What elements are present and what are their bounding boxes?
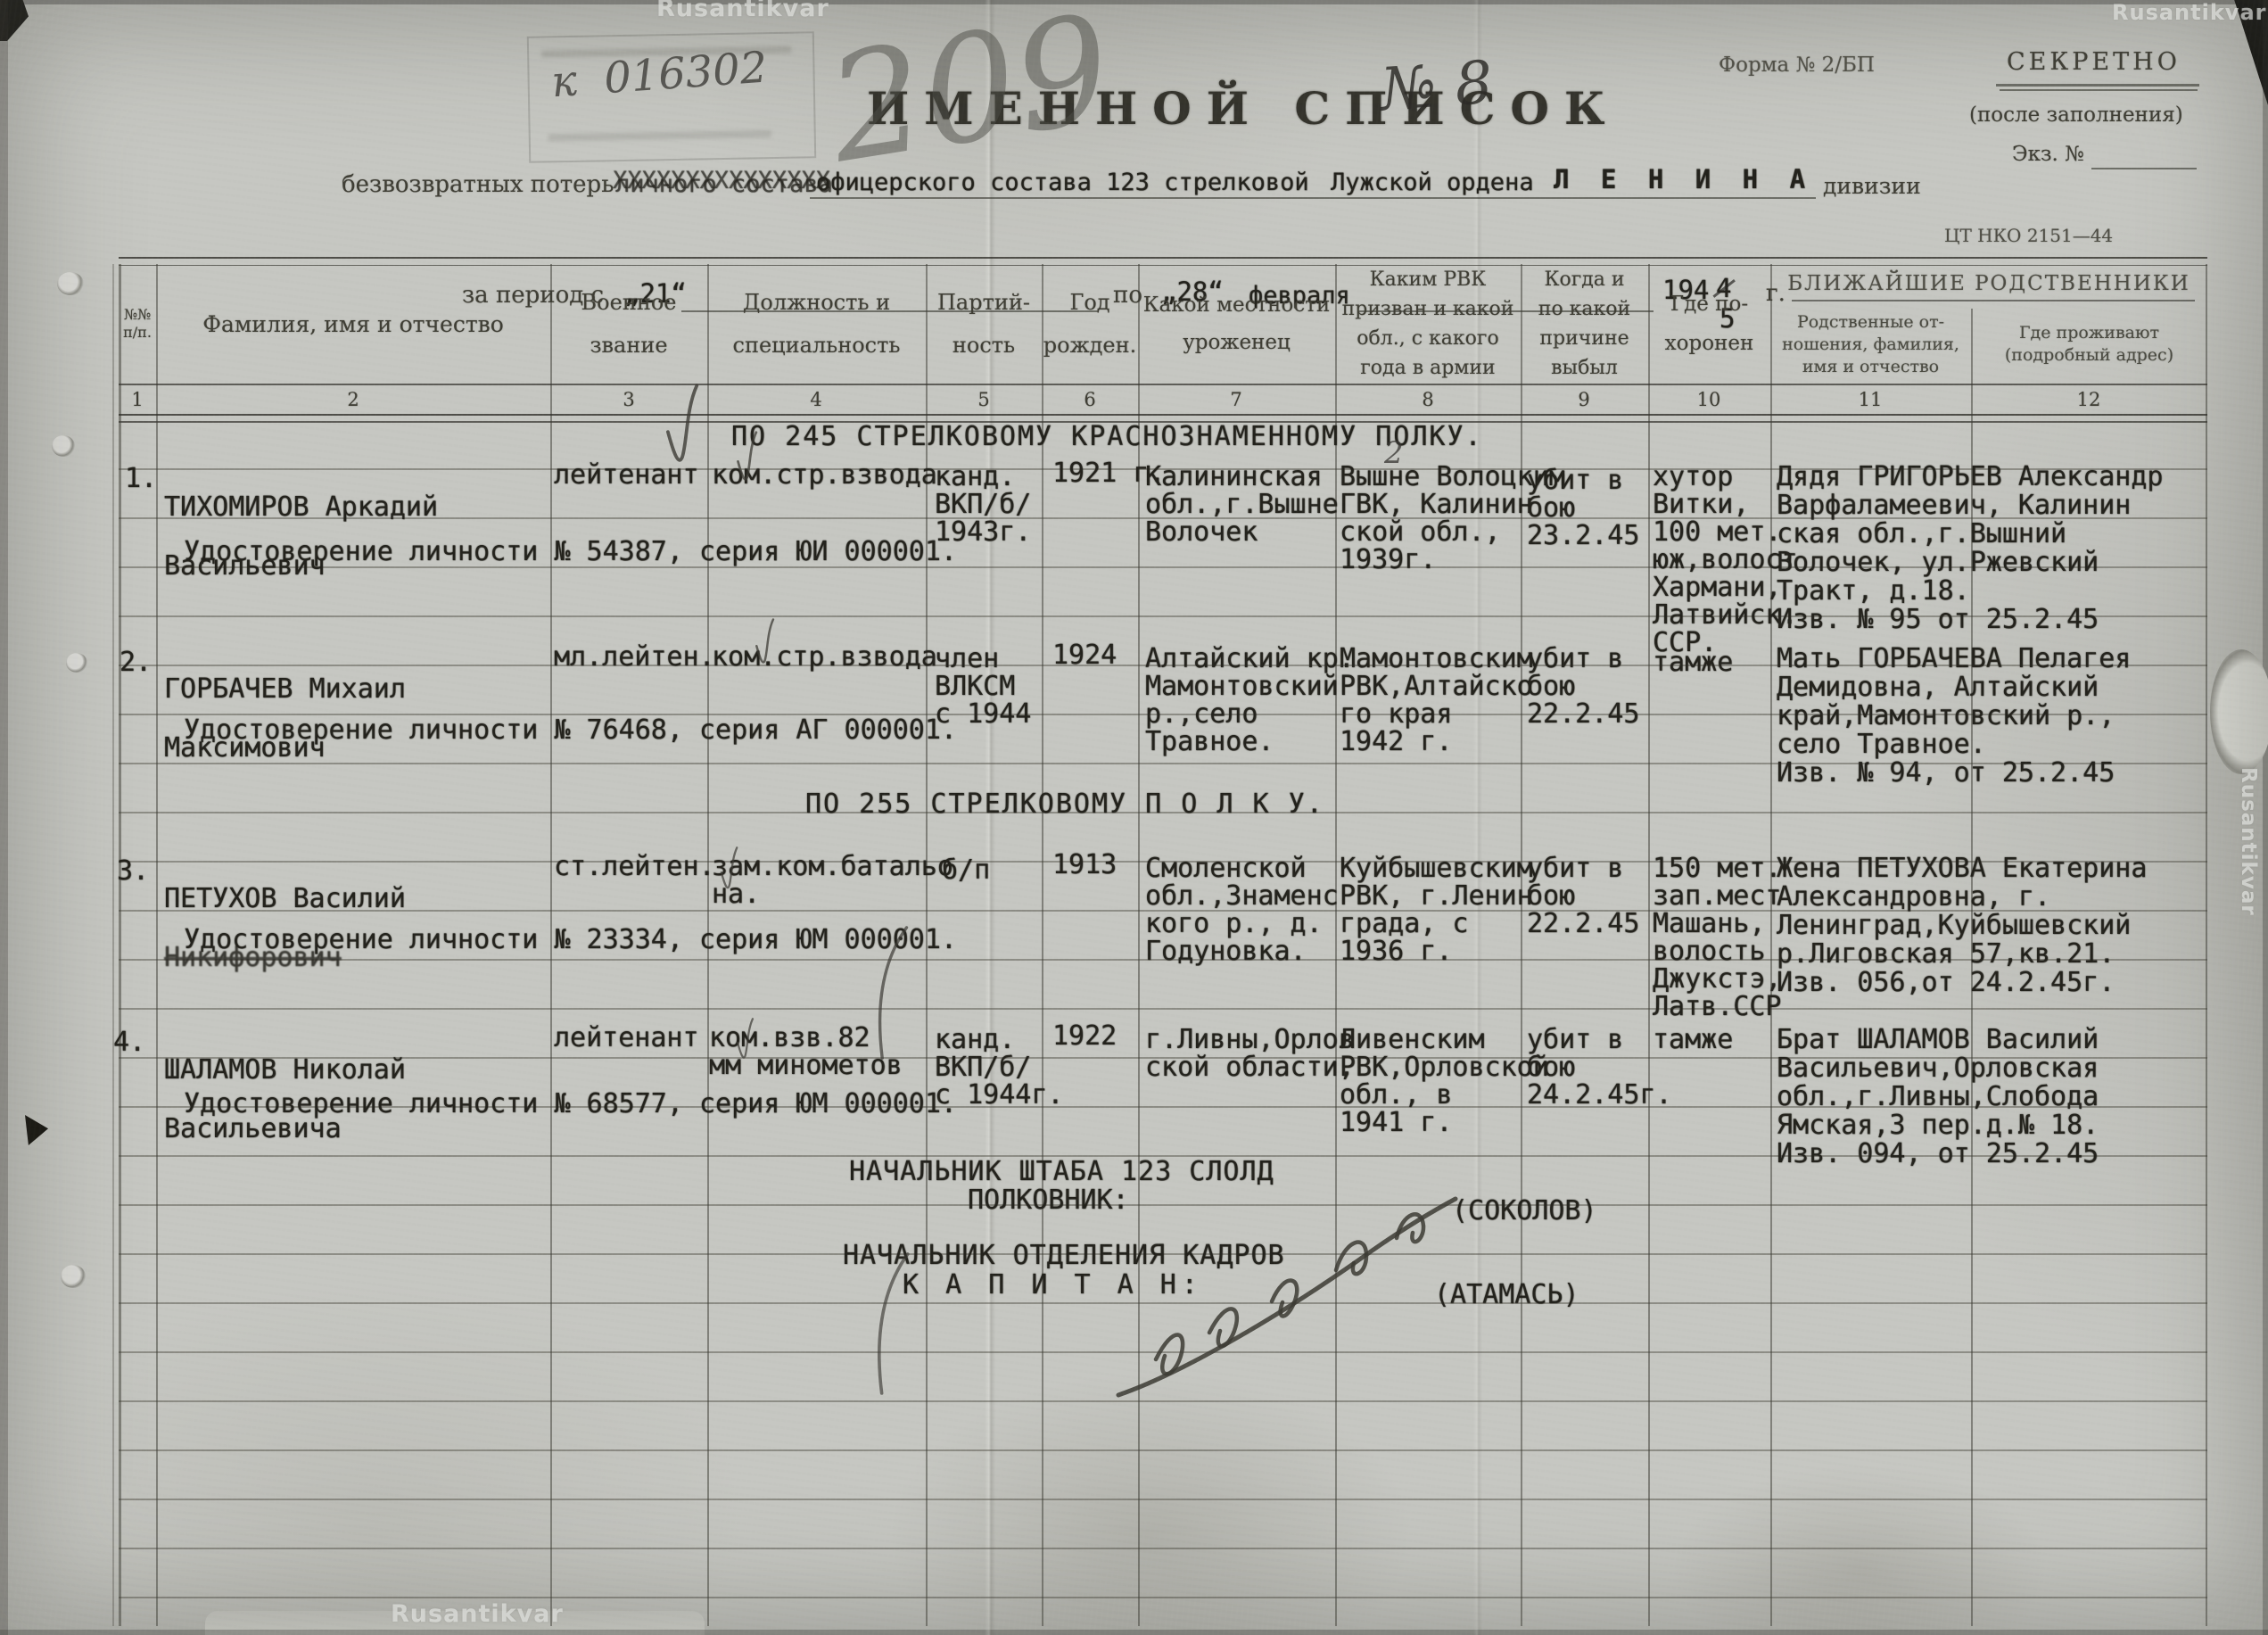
col-header-5: Партий- ность xyxy=(928,268,1040,380)
row2-id-line: Удостоверение личности № 76468, серия АГ… xyxy=(184,716,957,744)
secrecy-label: СЕКРЕТНО xyxy=(2007,48,2181,76)
pen-stroke xyxy=(867,924,913,1063)
row4-rvk: Ливенским РВК,Орловской обл., в 1941 г. xyxy=(1340,1026,1549,1136)
pen-stroke xyxy=(867,1249,913,1400)
section-header-255: ПО 255 СТРЕЛКОВОМУ П О Л К У. xyxy=(805,790,1324,818)
stamp-text-line xyxy=(548,130,771,141)
right-edge-shadow xyxy=(2263,0,2268,1635)
col-num-6: 6 xyxy=(1068,389,1112,410)
checkmark xyxy=(717,846,740,897)
col-header-12: Где проживают (подробный адрес) xyxy=(1973,307,2206,382)
col-header-6: Год рожден. xyxy=(1043,268,1136,380)
document-title-number: № 8 xyxy=(1378,48,1495,125)
relatives-group-header: БЛИЖАЙШИЕ РОДСТВЕННИКИ xyxy=(1772,269,2206,298)
row3-num: 3. xyxy=(117,857,149,885)
row2-num: 2. xyxy=(120,648,152,676)
left-edge-shadow xyxy=(0,0,8,1635)
row2-fate: убит в бою 22.2.45 xyxy=(1527,645,1639,728)
col-header-1: №№ п/п. xyxy=(120,268,154,380)
row3-birthplace: Смоленской обл.,Знаменс кого р., д. Году… xyxy=(1145,855,1339,965)
row3-rvk: Куйбышевским РВК, г.Ленин града, с 1936 … xyxy=(1340,855,1533,965)
row4-birth-year: 1922 xyxy=(1052,1022,1117,1050)
col-header-2: Фамилия, имя и отчество xyxy=(158,268,548,380)
col-num-1: 1 xyxy=(115,389,160,410)
print-code: ЦТ НКО 2151—44 xyxy=(1944,225,2113,246)
row4-num: 4. xyxy=(113,1028,145,1056)
handwritten-signature xyxy=(1104,1183,1461,1406)
relatives-group-underline xyxy=(1792,300,2195,301)
row3-id-line: Удостоверение личности № 23334, серия ЮМ… xyxy=(184,926,957,954)
col-header-11: Родственные от- ношения, фамилия, имя и … xyxy=(1772,307,1969,382)
subtitle-division-name: Л Е Н И Н А xyxy=(1554,166,1813,194)
row3-relatives: Жена ПЕТУХОВА Екатерина Александровна, г… xyxy=(1777,855,2223,997)
checkmark xyxy=(752,617,777,673)
row3-birth-year: 1913 xyxy=(1052,851,1117,879)
punch-hole xyxy=(57,272,84,295)
subtitle-suffix: дивизии xyxy=(1823,173,1921,199)
secrecy-underline-2 xyxy=(2000,89,2198,91)
col-num-11: 11 xyxy=(1848,389,1893,410)
row4-relatives: Брат ШАЛАМОВ Василий Васильевич,Орловска… xyxy=(1777,1026,2223,1168)
col-num-4: 4 xyxy=(794,389,838,410)
row2-birth-year: 1924 xyxy=(1052,641,1117,669)
row4-burial: тамже xyxy=(1653,1026,1733,1053)
section-header-245: ПО 245 СТРЕЛКОВОМУ КРАСНОЗНАМЕННОМУ ПОЛК… xyxy=(731,423,1483,450)
chief-of-staff-name: (СОКОЛОВ) xyxy=(1452,1197,1597,1225)
row4-birthplace: г.Ливны,Орлов ской области, xyxy=(1145,1026,1355,1081)
chief-of-staff-role: НАЧАЛЬНИК ШТАБА 123 СЛОЛД xyxy=(849,1158,1274,1185)
row2-burial: тамже xyxy=(1653,648,1733,676)
checkmark xyxy=(733,1017,756,1067)
row3-rank: ст.лейтен. xyxy=(554,853,715,880)
punch-hole xyxy=(52,435,75,457)
col-num-3: 3 xyxy=(606,389,651,410)
col-num-10: 10 xyxy=(1687,389,1731,410)
row2-surname-line: ГОРБАЧЕВ Михаил xyxy=(164,674,406,704)
col-header-7: Какой местности уроженец xyxy=(1140,268,1333,380)
row2-relatives: Мать ГОРБАЧЕВА Пелагея Демидовна, Алтайс… xyxy=(1777,645,2223,788)
row3-party: б/п xyxy=(942,856,990,884)
row3-position: зам.ком.батальо на. xyxy=(712,853,953,908)
row3-burial: 150 мет. зап.мест Машань, волость Джукст… xyxy=(1653,855,1782,1020)
col-num-8: 8 xyxy=(1406,389,1450,410)
checkmark xyxy=(662,382,701,478)
col-header-3: Военное звание xyxy=(552,268,705,380)
subtitle-prefix: безвозвратных потерь xyxy=(342,171,614,198)
header-bottom-line xyxy=(119,384,2207,385)
strikeout-x-overlay: ХХХХХХХХХХХХХХХ xyxy=(613,168,830,194)
copy-number-label: Экз. № xyxy=(2012,143,2084,166)
col-num-12: 12 xyxy=(2066,389,2111,410)
bottom-edge-shadow xyxy=(0,1630,2268,1635)
row2-rank: мл.лейтен. xyxy=(554,643,715,671)
col-num-9: 9 xyxy=(1562,389,1606,410)
row3-fate: убит в бою 22.2.45 xyxy=(1527,855,1639,937)
margin-mark-handwritten: 2 xyxy=(1384,435,1404,471)
subtitle-typed-2: Лужской ордена xyxy=(1331,169,1534,195)
row1-surname-line: ТИХОМИРОВ Аркадий xyxy=(164,492,438,522)
copy-number-blank xyxy=(2091,168,2197,169)
row3-surname-line: ПЕТУХОВ Василий xyxy=(164,884,406,913)
row1-fate: убит в бою 23.2.45 xyxy=(1527,467,1639,549)
row1-id-line: Удостоверение личности № 54387, серия ЮИ… xyxy=(184,538,957,566)
row1-party: канд. ВКП/б/ 1943г. xyxy=(935,463,1031,546)
row4-fate: убит в бою 24.2.45г. xyxy=(1527,1026,1672,1109)
secrecy-note: (после заполнения) xyxy=(1969,103,2183,127)
edge-tear-mark xyxy=(25,1115,48,1145)
punch-hole xyxy=(66,653,87,673)
secrecy-underline xyxy=(1996,84,2199,87)
punch-hole xyxy=(61,1265,86,1288)
row2-position: ком.стр.взвода xyxy=(712,643,937,671)
watermark: Rusantikvar xyxy=(2237,767,2260,916)
scanned-document-page: Rusantikvar Rusantikvar Rusantikvar Rusa… xyxy=(0,0,2268,1635)
form-number: Форма № 2/БП xyxy=(1719,54,1875,77)
row1-relatives: Дядя ГРИГОРЬЕВ Александр Варфаламеевич, … xyxy=(1777,463,2223,634)
row4-id-line: Удостоверение личности № 68577, серия ЮМ… xyxy=(184,1090,957,1118)
subtitle-typed-underline xyxy=(810,197,1816,199)
col-header-4: Должность и специальность xyxy=(709,268,924,380)
row1-num: 1. xyxy=(125,465,157,492)
col-num-2: 2 xyxy=(331,389,375,410)
checkmark xyxy=(733,430,760,491)
row2-rvk: Мамонтовским РВК,Алтайско го края 1942 г… xyxy=(1340,645,1533,756)
col-num-5: 5 xyxy=(961,389,1006,410)
row4-surname-line: ШАЛАМОВ Николай xyxy=(164,1055,406,1085)
col-header-8: Каким РВК призван и какой обл., с какого… xyxy=(1337,268,1519,380)
row2-birthplace: Алтайский кр. Мамонтовский р.,село Травн… xyxy=(1145,645,1355,756)
col-header-9: Когда и по какой причине выбыл xyxy=(1522,268,1646,380)
col-header-10: Где по- хоронен xyxy=(1650,268,1769,380)
row4-rank: лейтенант xyxy=(554,1024,699,1052)
row1-birthplace: Калининская обл.,г.Вышне Волочек xyxy=(1145,463,1339,546)
page-number-handwritten: 209 xyxy=(820,0,1120,185)
top-edge-shadow xyxy=(0,0,2268,4)
col-num-7: 7 xyxy=(1214,389,1258,410)
